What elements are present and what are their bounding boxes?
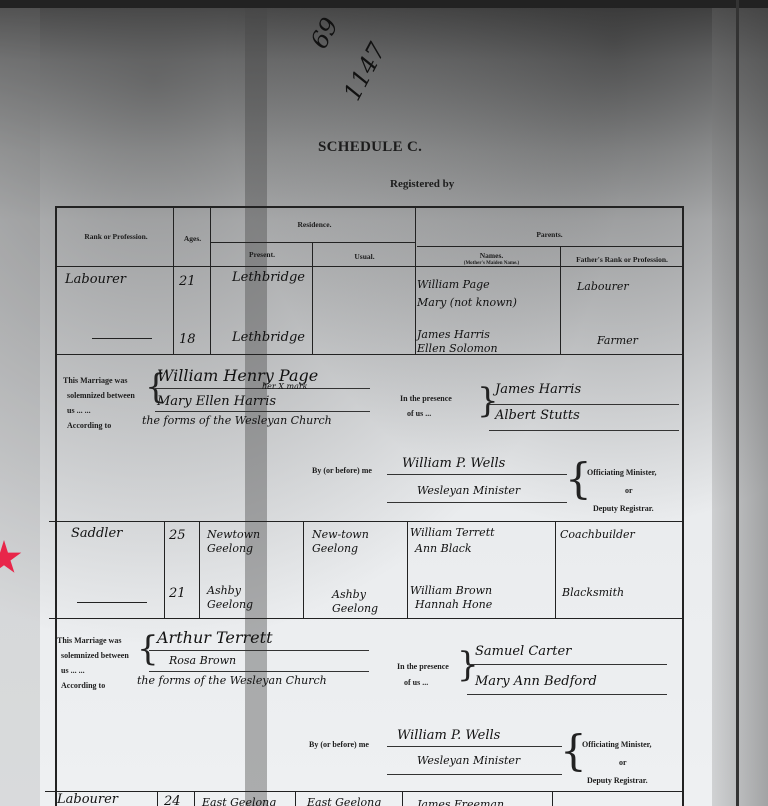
entry1-label-or: or [625, 486, 633, 495]
entry1-bride-present: Lethbridge [232, 330, 305, 345]
scan-shadow-right [712, 0, 768, 806]
entry1-officiant: William P. Wells [402, 456, 505, 471]
header-ages: Ages. [175, 234, 210, 243]
entry1-label-marriage-was: This Marriage was [63, 376, 127, 385]
entry1-officiant-title: Wesleyan Minister [417, 484, 520, 497]
entry1-groom-mother: Mary (not known) [417, 296, 517, 309]
entry1-bride-mark: her X mark [262, 382, 308, 391]
entry2-bride-present: Ashby Geelong [207, 584, 287, 612]
entry1-label-by-me: By (or before) me [312, 466, 372, 475]
entry1-bride-name: Mary Ellen Harris [157, 394, 276, 409]
entry2-bride-age: 21 [169, 586, 186, 601]
registered-by-label: Registered by [390, 178, 454, 190]
scan-top-edge [0, 0, 768, 8]
entry1-groom-age: 21 [179, 274, 196, 289]
entry1-label-of-us: of us ... [407, 409, 431, 418]
entry1-witness-2: Albert Stutts [495, 408, 580, 423]
entry2-label-according: According to [61, 681, 105, 690]
entry2-bride-usual: Ashby Geelong [332, 588, 402, 616]
entry1-label-according: According to [67, 421, 111, 430]
entry2-groom-mother: Ann Black [415, 542, 472, 555]
entry2-officiant-title: Wesleyan Minister [417, 754, 520, 767]
entry2-label-deputy: Deputy Registrar. [587, 776, 648, 785]
entry2-groom-name: Arthur Terrett [157, 628, 273, 647]
entry2-label-presence: In the presence [397, 662, 449, 671]
entry2-groom-father: William Terrett [410, 526, 495, 539]
entry1-bride-rank-ditto [92, 338, 152, 339]
schedule-title: SCHEDULE C. [318, 139, 422, 156]
entry2-witness-1: Samuel Carter [475, 644, 571, 659]
entry1-bride-father: James Harris [417, 328, 490, 341]
entry1-label-us: us ... ... [67, 406, 91, 415]
entry3-groom-father: James Freeman [417, 798, 504, 806]
header-rank: Rank or Profession. [57, 232, 175, 241]
entry2-bride-rank-ditto [77, 602, 147, 603]
entry1-groom-father-rank: Labourer [577, 280, 629, 293]
entry2-officiant: William P. Wells [397, 728, 500, 743]
header-parents: Parents. [417, 230, 682, 239]
entry2-groom-usual: New-town Geelong [312, 528, 397, 556]
scan-shadow-left [0, 0, 40, 806]
entry2-label-by-me: By (or before) me [309, 740, 369, 749]
entry2-label-or: or [619, 758, 627, 767]
entry1-bride-father-rank: Farmer [597, 334, 638, 347]
entry2-bride-father: William Brown [410, 584, 492, 597]
entry1-label-deputy: Deputy Registrar. [593, 504, 654, 513]
entry2-bride-father-rank: Blacksmith [562, 586, 624, 599]
entry2-label-us: us ... ... [61, 666, 85, 675]
header-father-rank: Father's Rank or Profession. [562, 255, 682, 264]
entry3-groom-usual: East Geelong [307, 796, 381, 806]
entry1-according-to: the forms of the Wesleyan Church [142, 414, 332, 427]
entry1-witness-1: James Harris [495, 382, 581, 397]
entry1-groom-father: William Page [417, 278, 490, 291]
page-edge-line [736, 0, 739, 806]
entry2-groom-present: Newtown Geelong [207, 528, 287, 556]
entry1-label-officiating: Officiating Minister, [587, 468, 656, 477]
entry3-groom-age: 24 [164, 794, 181, 806]
header-names: Names. [419, 251, 564, 260]
entry1-groom-present: Lethbridge [232, 270, 305, 285]
entry2-witness-2: Mary Ann Bedford [475, 674, 597, 689]
entry3-groom-present: East Geelong [202, 796, 276, 806]
entry2-label-solemnized: solemnized between [61, 651, 129, 660]
entry2-according-to: the forms of the Wesleyan Church [137, 674, 327, 687]
entry2-label-officiating: Officiating Minister, [582, 740, 651, 749]
entry2-label-marriage-was: This Marriage was [57, 636, 121, 645]
header-residence: Residence. [212, 220, 417, 229]
entry1-bride-age: 18 [179, 332, 196, 347]
entry2-label-of-us: of us ... [404, 678, 428, 687]
entry1-label-presence: In the presence [400, 394, 452, 403]
entry2-bride-name: Rosa Brown [169, 654, 236, 667]
entry1-label-solemnized: solemnized between [67, 391, 135, 400]
marriage-register-table: Rank or Profession. Ages. Residence. Pre… [55, 206, 684, 806]
entry1-groom-rank: Labourer [65, 272, 126, 287]
entry2-groom-age: 25 [169, 528, 186, 543]
header-usual: Usual. [312, 252, 417, 261]
entry2-groom-father-rank: Coachbuilder [560, 528, 635, 541]
entry2-groom-rank: Saddler [71, 526, 122, 541]
entry3-groom-rank: Labourer [57, 792, 118, 806]
header-present: Present. [212, 250, 312, 259]
entry2-bride-mother: Hannah Hone [415, 598, 492, 611]
